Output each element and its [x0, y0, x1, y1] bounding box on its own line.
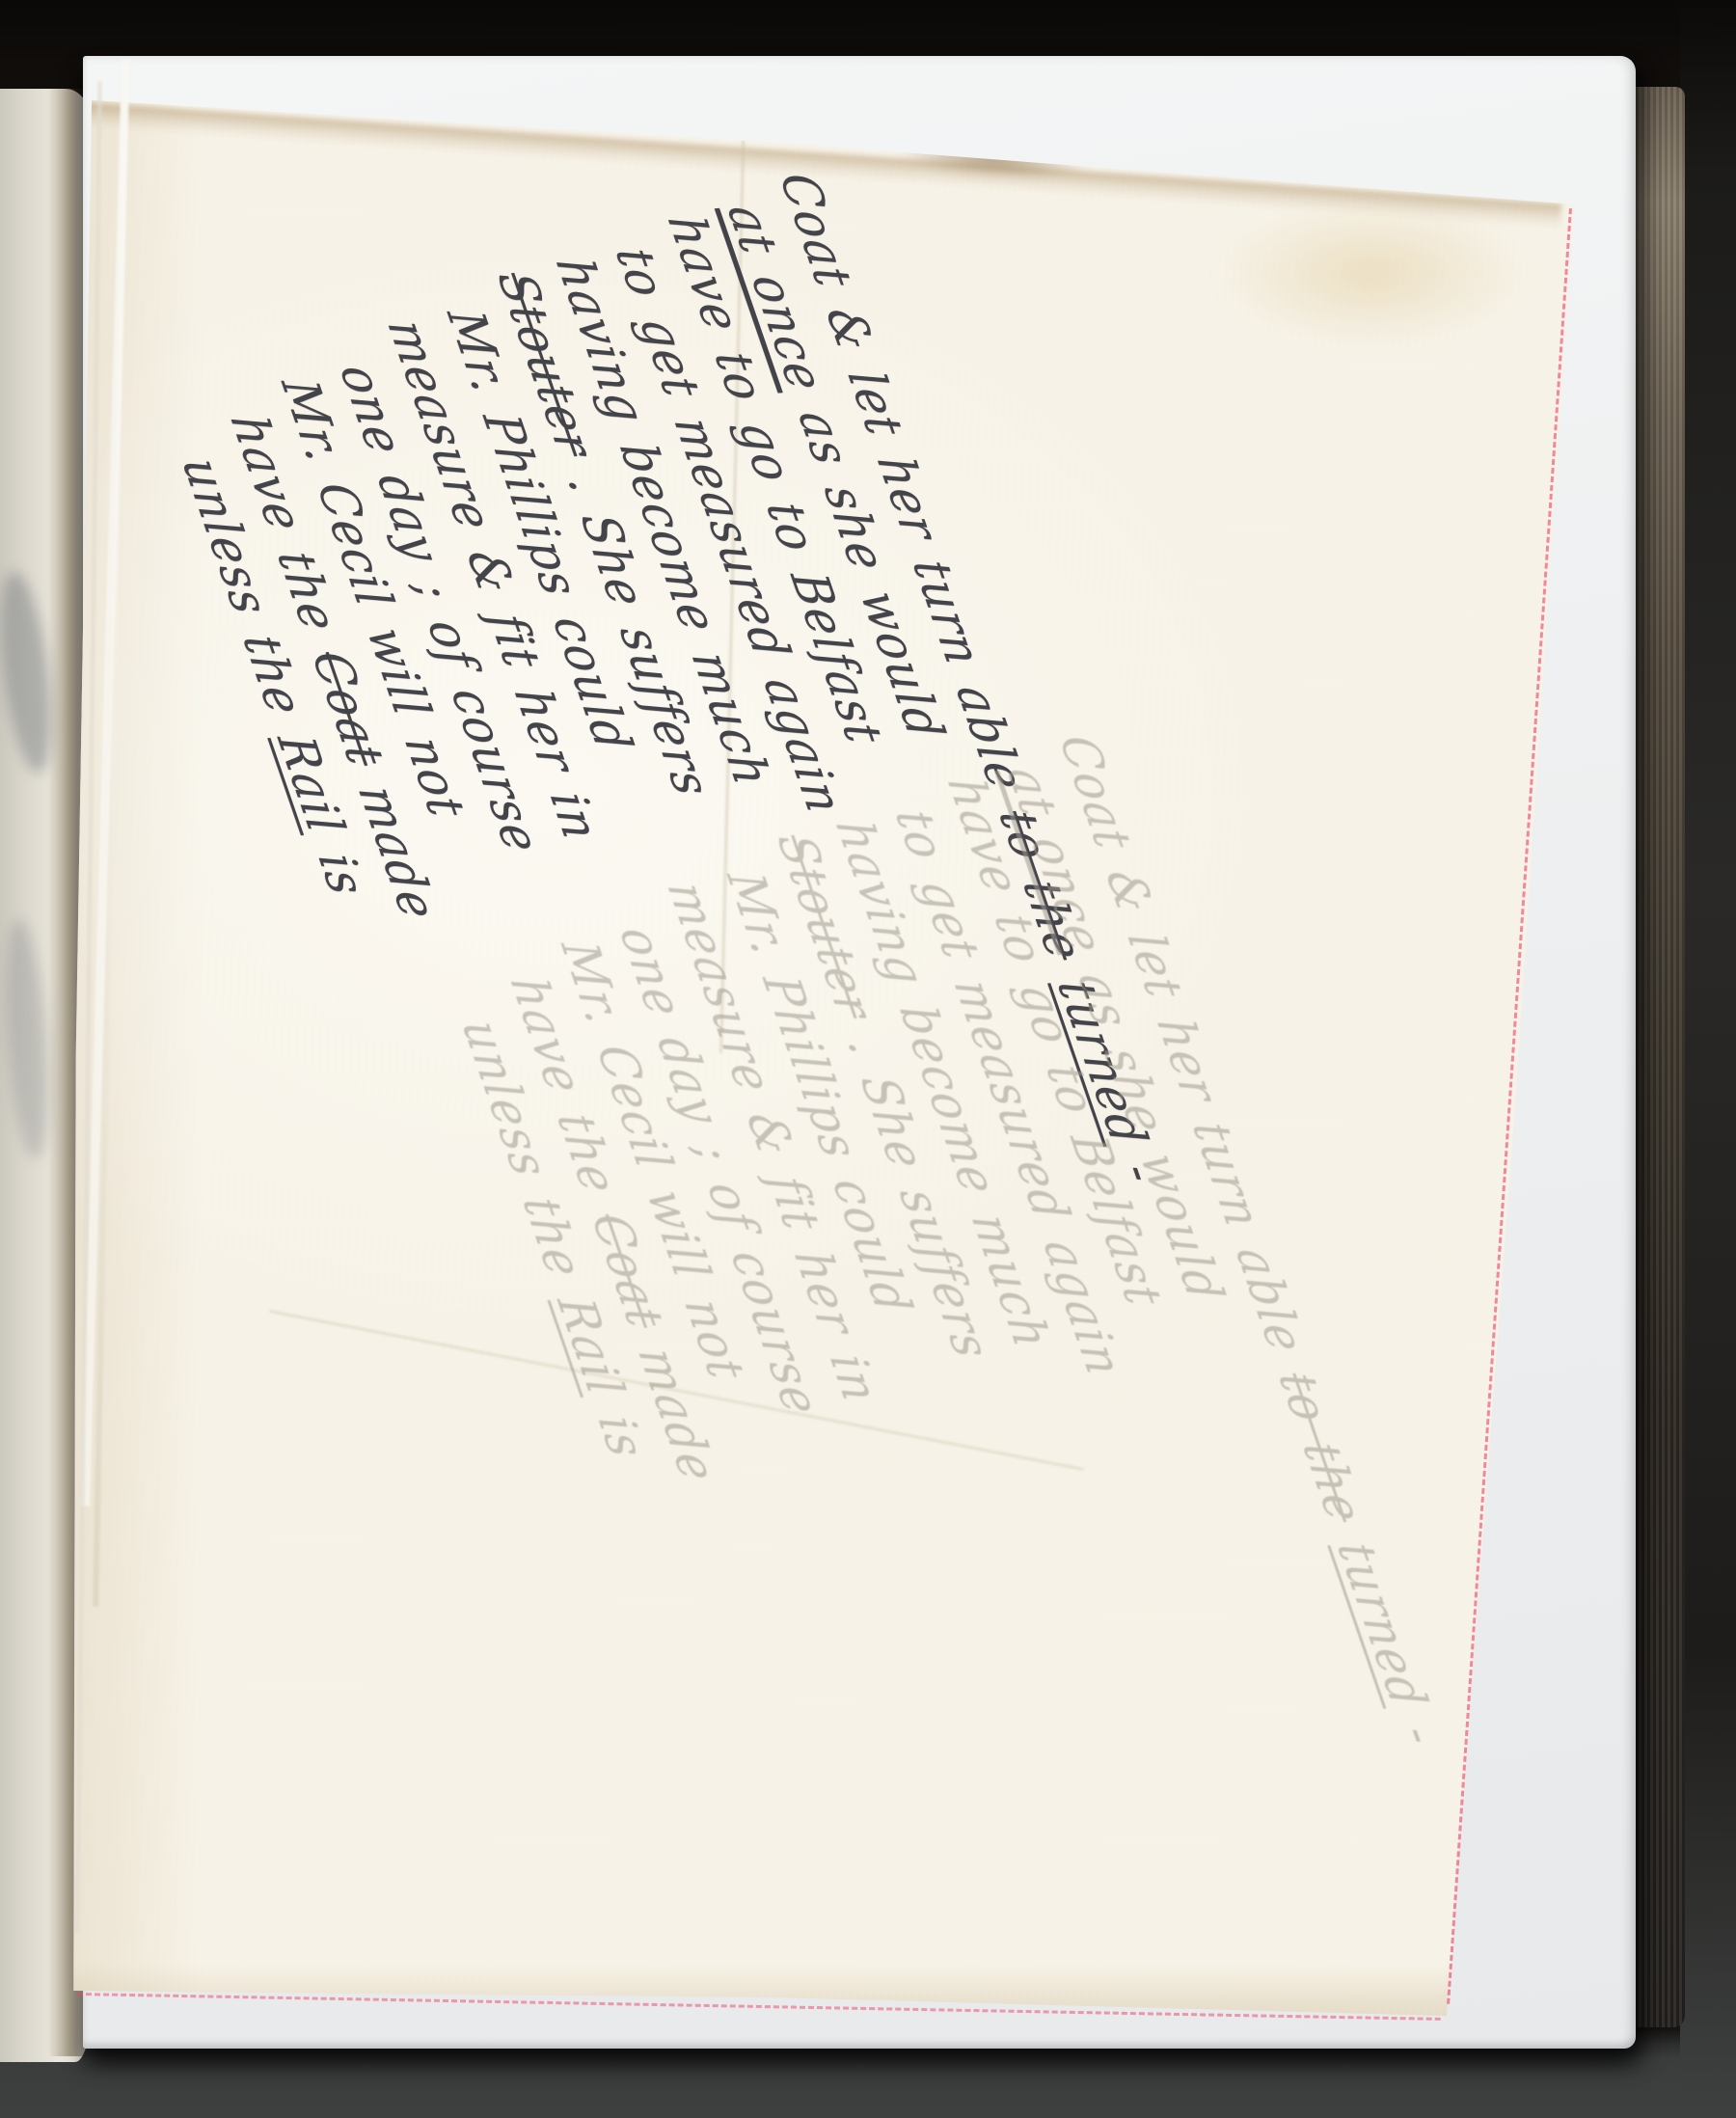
manuscript-word: - [1381, 1704, 1451, 1748]
ink-smudge [0, 917, 55, 1160]
manuscript-block-offset-copy: Coat & let her turn able to the turned -… [426, 726, 1452, 1969]
backdrop-right-shading [1680, 0, 1736, 2118]
photo-scene: 69 Coat & let her turn able to the turne… [0, 0, 1736, 2118]
book-fore-edge [1633, 87, 1685, 2027]
manuscript-page: 69 Coat & let her turn able to the turne… [68, 95, 1580, 2022]
corner-stain [1217, 201, 1526, 345]
